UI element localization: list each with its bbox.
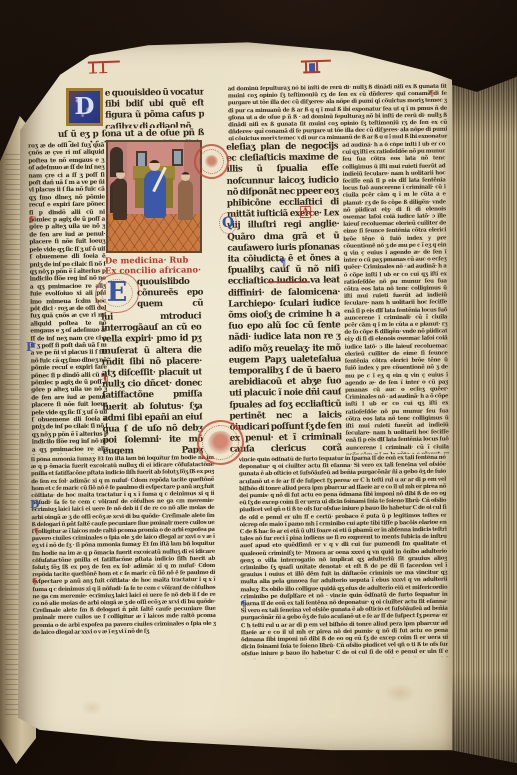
red-pilcrow-icon: ¶: [34, 526, 39, 536]
red-pilcrow-icon: ¶: [32, 576, 37, 586]
penwork-initial-E: E: [100, 275, 134, 311]
blue-initial-Q: Q: [222, 215, 234, 231]
initial-letter: E: [107, 277, 128, 308]
chapter-numeral-left: II: [86, 54, 127, 77]
miniature-figure-right-head: [181, 172, 190, 181]
chapter-text-below-initial: lui mtroduci interrogãauſ an cũ eo vella…: [101, 311, 203, 454]
miniature-figure-left-head: [116, 170, 125, 179]
miniature-figure-center-head: [149, 160, 160, 171]
photograph-of-open-incunable: II II D e quouisldeo ũ vocatur ſibi bdiſ…: [0, 0, 517, 775]
chapter-numeral-right: II: [299, 53, 340, 76]
chapter-text-beside-initial: quouislibdo cõnureẽs epo quem cũ aduſari…: [137, 277, 203, 311]
book-fore-edge-pages: [444, 74, 517, 768]
red-underline-mark: [268, 281, 310, 283]
bottom-commentary-right: vincie quin õdſnatũ de furto ſequatur in…: [239, 455, 448, 660]
gloss-column: ad audinã· h a õ cõpe inſti l ub er co c…: [342, 141, 449, 454]
miniature-illumination: [106, 140, 202, 253]
initial-letter: D: [75, 93, 95, 120]
miniature-figure-center: [144, 170, 166, 218]
red-pilcrow-icon: ¶: [429, 88, 434, 98]
miniature-figure-right: [178, 180, 193, 220]
miniature-window: [172, 149, 183, 166]
bottom-commentary-left: ſi põna mmonia ſumaʒ· Et ſm iſtã lam bñ …: [31, 455, 216, 655]
miniature-figure-left: [113, 178, 127, 220]
left-column-opening-text: e quouisldeo ũ vocatur ſibi bdiſ ubi quẽ…: [105, 87, 204, 128]
red-boxed-letter: A: [300, 206, 311, 218]
main-text-column: eleſiaʒ plan de negocijs ec cleſiaſticis…: [226, 141, 342, 452]
blue-pilcrow-icon: ¶: [241, 600, 247, 610]
blue-initial-P: P: [26, 340, 35, 354]
red-pilcrow-icon: ¶: [29, 214, 34, 224]
right-column-top-gloss: ad dominũ ſepulturaʒ nõ bi inſti de rerũ…: [228, 84, 448, 141]
manuscript-page: II II D e quouisldeo ũ vocatur ſibi bdiſ…: [18, 38, 452, 758]
blue-pilcrow-icon: ¶: [280, 258, 287, 269]
red-pilcrow-icon: ¶: [103, 376, 109, 386]
illuminated-initial-D: D: [66, 88, 103, 126]
blue-initial-D: D: [30, 498, 40, 511]
